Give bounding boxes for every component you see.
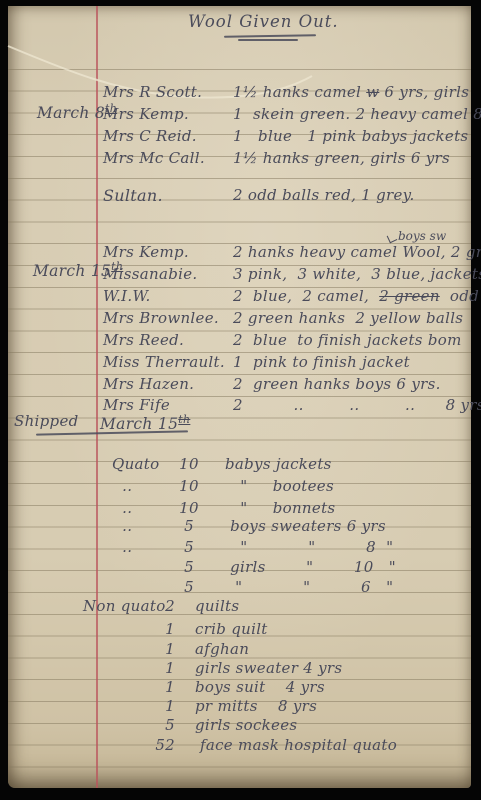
details-text: 2 blue to finish jackets bom xyxy=(233,331,462,349)
quota-item: girls " 10 " xyxy=(225,558,396,577)
ledger-row: Missanabie. 3 pink, 3 white, 3 blue, jac… xyxy=(0,265,481,286)
details-text: 6 yrs, girls xyxy=(379,83,469,101)
entry-details: 1 skein green. 2 heavy camel 8 yrs xyxy=(233,105,481,124)
struck-text: 2 green xyxy=(379,287,440,305)
entry-name: Mrs Hazen. xyxy=(103,375,194,394)
shipped-label: Shipped xyxy=(14,412,79,431)
ledger-row: Sultan. 2 odd balls red, 1 grey. xyxy=(0,186,481,207)
quota-item: babys jackets xyxy=(225,455,332,474)
details-text: odd bal xyxy=(440,287,481,305)
page-title: Wool Given Out. xyxy=(188,12,339,31)
ledger-row: Mrs C Reid. 1 blue 1 pink babys jackets xyxy=(0,127,481,148)
details-text: 3 pink, 3 white, 3 blue, jackets & bo xyxy=(233,265,481,283)
quota-item: " " 6 " xyxy=(225,578,393,597)
quota-row: .. 10 " bootees xyxy=(0,477,481,498)
details-text: 1 pink to finish jacket xyxy=(233,353,410,371)
non-quota-item: pr mitts 8 yrs xyxy=(195,697,317,716)
details-text: 2 green hanks boys 6 yrs. xyxy=(233,375,441,393)
quota-qty: 10 xyxy=(176,455,202,474)
entry-name: Miss Therrault. xyxy=(103,353,225,372)
quota-row: .. 5 boys sweaters 6 yrs xyxy=(0,517,481,538)
entry-name: Sultan. xyxy=(103,186,163,205)
non-quota-row: 1 crib quilt xyxy=(0,620,481,641)
entry-name: Mrs Brownlee. xyxy=(103,309,219,328)
ledger-photo: Wool Given Out. March 8th Mrs R Scott. 1… xyxy=(0,0,481,800)
ledger-row: Mrs Reed. 2 blue to finish jackets bom xyxy=(0,331,481,352)
ledger-row: Mrs Brownlee. 2 green hanks 2 yellow bal… xyxy=(0,309,481,330)
quota-row: 5 girls " 10 " xyxy=(0,558,481,579)
non-quota-item: girls sweater 4 yrs xyxy=(195,659,342,678)
non-quota-qty: 1 xyxy=(145,640,175,659)
ledger-row: Miss Therrault. 1 pink to finish jacket xyxy=(0,353,481,374)
details-text: 1 skein green. 2 heavy camel 8 yrs xyxy=(233,105,481,123)
quota-label: Quato xyxy=(112,455,159,474)
entry-details: 2 green hanks boys 6 yrs. xyxy=(233,375,441,394)
non-quota-row: 1 girls sweater 4 yrs xyxy=(0,659,481,680)
quota-qty: 10 xyxy=(176,477,202,496)
non-quota-row: 1 boys suit 4 yrs xyxy=(0,678,481,699)
ledger-row: Mrs Hazen. 2 green hanks boys 6 yrs. xyxy=(0,375,481,396)
inserted-text: boys sw xyxy=(398,229,446,243)
entry-name: Mrs Kemp. xyxy=(103,243,189,262)
entry-details: 2 green hanks 2 yellow balls xyxy=(233,309,463,328)
non-quota-row: Non quato 2 quilts xyxy=(0,597,481,618)
struck-text: w xyxy=(366,83,379,101)
non-quota-qty: 1 xyxy=(145,659,175,678)
ledger-row: W.I.W. 2 blue, 2 camel, 2 green odd bal xyxy=(0,287,481,308)
ledger-row: Mrs Kemp. 1 skein green. 2 heavy camel 8… xyxy=(0,105,481,126)
non-quota-row: 5 girls sockees xyxy=(0,716,481,737)
non-quota-qty: 1 xyxy=(145,697,175,716)
entry-details: 2 hanks heavy camel Wool, 2 green xyxy=(233,243,481,262)
non-quota-item: girls sockees xyxy=(195,716,297,735)
quota-item: " bootees xyxy=(225,477,334,496)
quota-label: .. xyxy=(112,499,132,518)
entry-name: Mrs Mc Call. xyxy=(103,149,205,168)
non-quota-item: quilts xyxy=(195,597,239,616)
non-quota-item: boys suit 4 yrs xyxy=(195,678,325,697)
quota-qty: 5 xyxy=(176,558,202,577)
details-text: 2 blue, 2 camel, xyxy=(233,287,379,305)
entry-details: 1½ hanks green, girls 6 yrs xyxy=(233,149,450,168)
details-text: 1½ hanks green, girls 6 yrs xyxy=(233,149,450,167)
non-quota-item: afghan xyxy=(195,640,249,659)
entry-details: 2 blue to finish jackets bom xyxy=(233,331,462,350)
details-text: 1 blue 1 pink babys jackets xyxy=(233,127,468,145)
entry-details: 1 blue 1 pink babys jackets xyxy=(233,127,468,146)
quota-row: 5 " " 6 " xyxy=(0,578,481,599)
shipped-line: Shipped March 15th xyxy=(0,410,481,431)
ledger-row: Mrs Kemp. 2 hanks heavy camel Wool, 2 gr… xyxy=(0,243,481,264)
title-underline-2 xyxy=(238,39,298,41)
non-quota-qty: 1 xyxy=(145,678,175,697)
quota-qty: 5 xyxy=(176,538,202,557)
quota-qty: 10 xyxy=(176,499,202,518)
entry-name: Mrs Reed. xyxy=(103,331,184,350)
details-text: 2 green hanks 2 yellow balls xyxy=(233,309,463,327)
ledger-row: Mrs R Scott. 1½ hanks camel w 6 yrs, gir… xyxy=(0,83,481,104)
quota-item: boys sweaters 6 yrs xyxy=(225,517,386,536)
entry-details: 1 pink to finish jacket xyxy=(233,353,410,372)
quota-qty: 5 xyxy=(176,578,202,597)
entry-details: 2 odd balls red, 1 grey. xyxy=(233,186,415,205)
entry-name: W.I.W. xyxy=(103,287,151,306)
entry-name: Missanabie. xyxy=(103,265,197,284)
non-quota-qty: 2 xyxy=(145,597,175,616)
quota-label: .. xyxy=(112,517,132,536)
non-quota-item: face mask hospital quato xyxy=(200,736,397,755)
entry-name: Mrs R Scott. xyxy=(103,83,202,102)
quota-item: " " 8 " xyxy=(225,538,393,557)
details-text: 1½ hanks camel xyxy=(233,83,366,101)
entry-name: Mrs Kemp. xyxy=(103,105,189,124)
non-quota-qty: 52 xyxy=(145,736,175,755)
non-quota-row: 1 pr mitts 8 yrs xyxy=(0,697,481,718)
entry-details: 2 blue, 2 camel, 2 green odd bal xyxy=(233,287,481,306)
non-quota-qty: 5 xyxy=(145,716,175,735)
non-quota-row: 52 face mask hospital quato xyxy=(0,736,481,757)
non-quota-qty: 1 xyxy=(145,620,175,639)
entry-details: 3 pink, 3 white, 3 blue, jackets & bo xyxy=(233,265,481,284)
date-suffix: th xyxy=(178,413,190,426)
entry-name: Mrs C Reid. xyxy=(103,127,197,146)
quota-label: .. xyxy=(112,477,132,496)
quota-qty: 5 xyxy=(176,517,202,536)
non-quota-row: 1 afghan xyxy=(0,640,481,661)
ledger-row: Mrs Mc Call. 1½ hanks green, girls 6 yrs xyxy=(0,149,481,170)
details-text: 2 hanks heavy camel Wool, 2 green xyxy=(233,243,481,261)
non-quota-item: crib quilt xyxy=(195,620,268,639)
quota-row: Quato 10 babys jackets xyxy=(0,455,481,476)
quota-item: " bonnets xyxy=(225,499,335,518)
quota-label: .. xyxy=(112,538,132,557)
entry-details: 1½ hanks camel w 6 yrs, girls xyxy=(233,83,469,102)
quota-row: .. 5 " " 8 " xyxy=(0,538,481,559)
